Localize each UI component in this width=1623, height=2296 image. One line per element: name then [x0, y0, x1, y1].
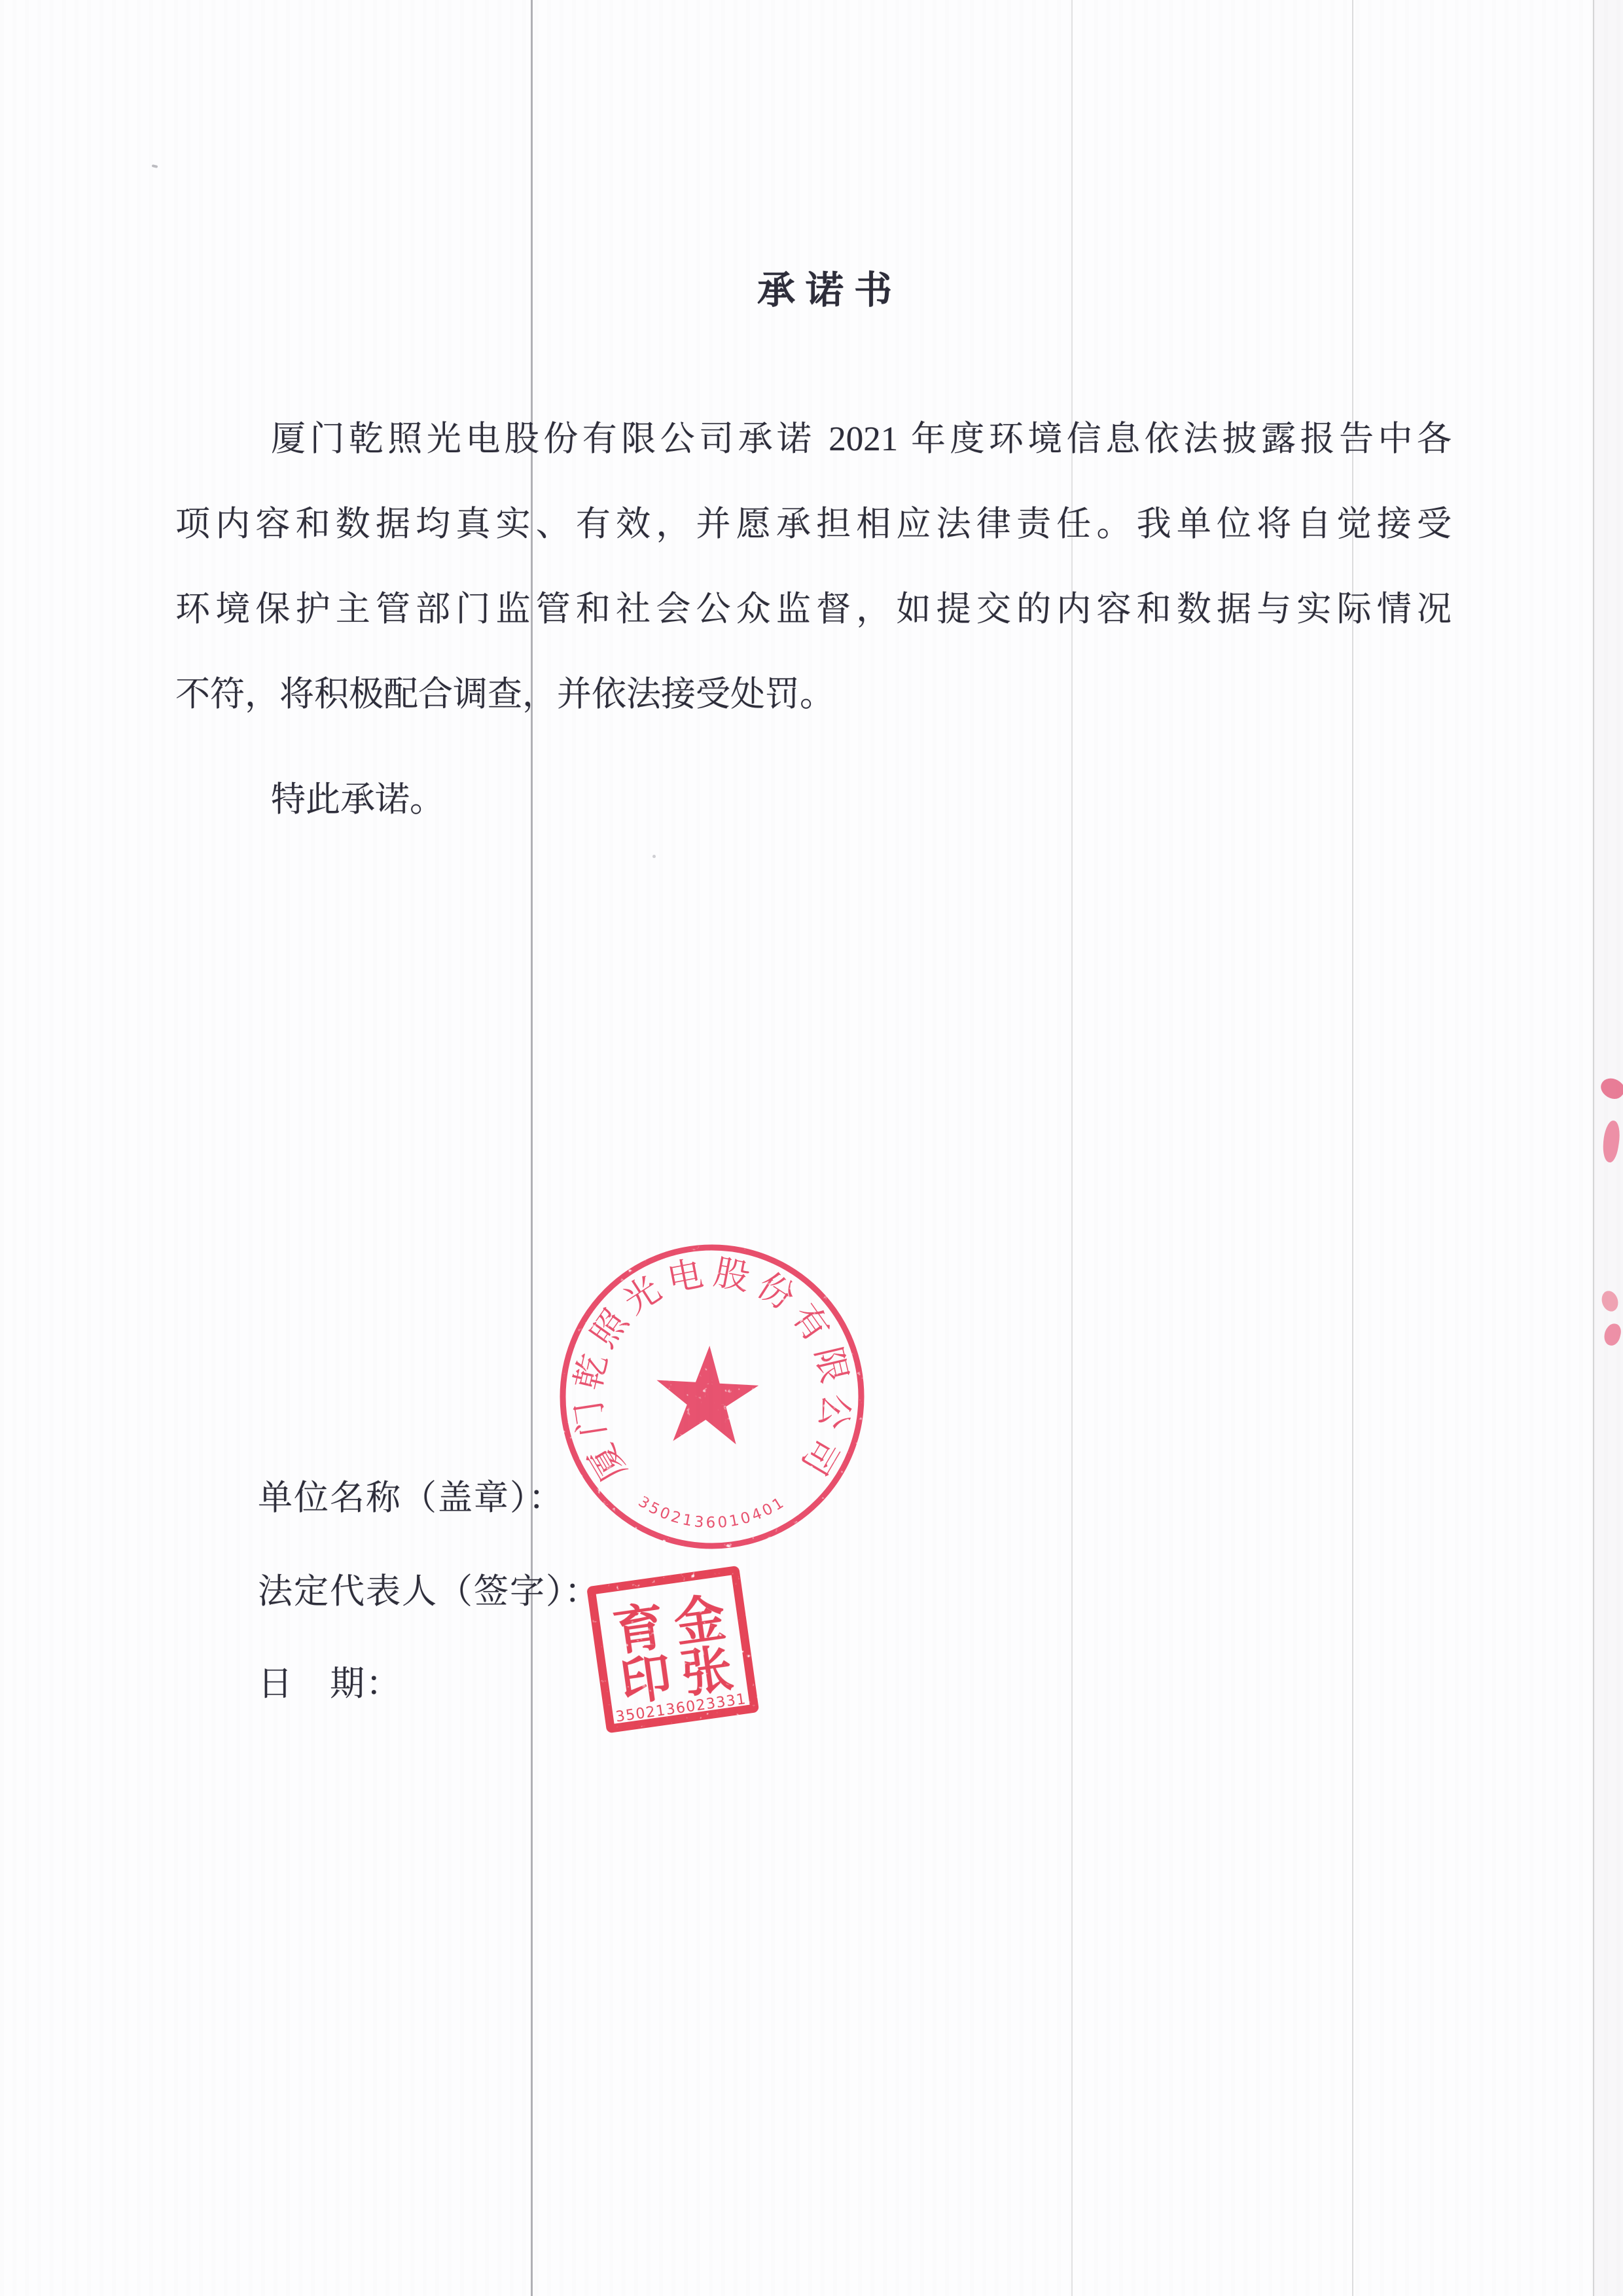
scan-fold-line — [1071, 0, 1073, 2296]
closing-statement: 特此承诺。 — [175, 757, 444, 842]
scan-fold-line — [531, 0, 533, 2296]
label-unit-name-seal: 单位名称（盖章）： — [258, 1478, 565, 1518]
round-seal-artwork: 厦门乾照光电股份有限公司 3502136010401 — [563, 1247, 861, 1546]
body-line: 环境保护主管部门监管和社会公众监督，如提交的内容和数据与实际情况 — [175, 567, 1452, 652]
scan-speck — [152, 164, 158, 168]
star-icon — [654, 1343, 761, 1445]
label-legal-representative-signature: 法定代表人（签字）： — [258, 1571, 601, 1612]
body-line: 厦门乾照光电股份有限公司承诺 2021 年度环境信息依法披露报告中各 — [175, 397, 1452, 482]
square-seal-artwork: 育 金 印 张 3502136023331 — [591, 1570, 754, 1729]
body-line: 项内容和数据均真实、有效，并愿承担相应法律责任。我单位将自觉接受 — [175, 482, 1452, 567]
document-title: 承诺书 — [13, 269, 1623, 312]
label-date: 日 期： — [258, 1664, 402, 1704]
scan-fold-line — [1352, 0, 1353, 2296]
scan-speck — [652, 855, 656, 858]
round-company-seal: 厦门乾照光电股份有限公司 3502136010401 — [548, 1233, 876, 1560]
document-body: 厦门乾照光电股份有限公司承诺 2021 年度环境信息依法披露报告中各 项内容和数… — [175, 397, 1452, 737]
scanned-document-page: 承诺书 厦门乾照光电股份有限公司承诺 2021 年度环境信息依法披露报告中各 项… — [0, 0, 1623, 2296]
round-seal-serial-number: 3502136010401 — [635, 1494, 789, 1532]
body-line: 不符，将积极配合调查，并依法接受处罚。 — [175, 652, 1452, 737]
square-name-seal: 育 金 印 张 3502136023331 — [580, 1557, 772, 1749]
